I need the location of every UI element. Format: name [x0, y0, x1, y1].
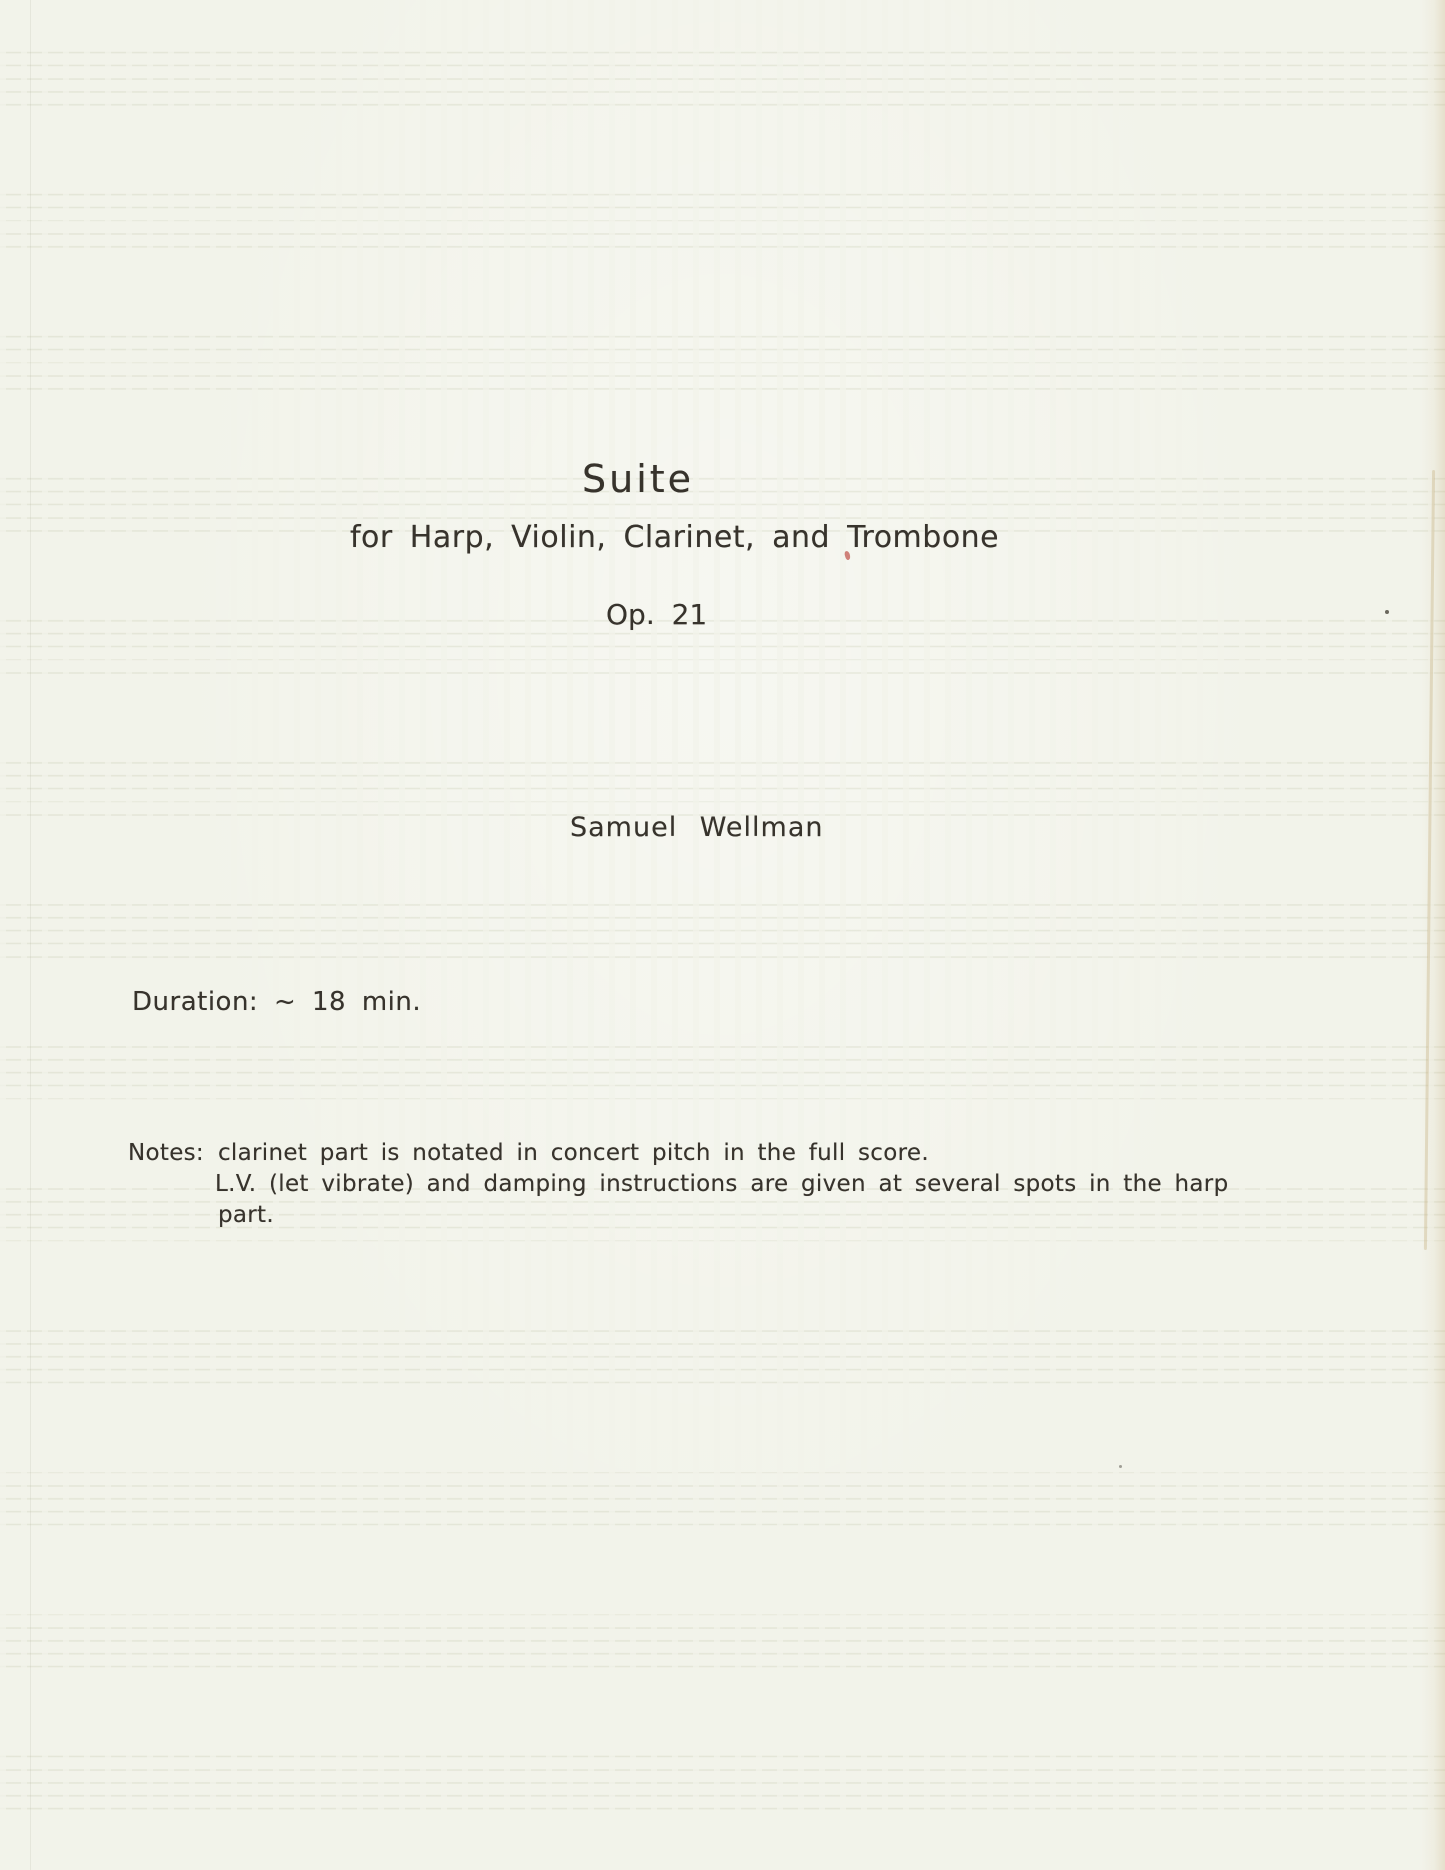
- piece-title: Suite: [582, 458, 694, 502]
- notes-text-1: clarinet part is notated in concert pitc…: [218, 1140, 929, 1166]
- paper-speck: [1119, 1465, 1122, 1468]
- composer-name: Samuel Wellman: [570, 812, 823, 843]
- notes-label: Notes:: [128, 1140, 204, 1166]
- ghost-staff-lines: [0, 0, 1445, 1870]
- paper-speck: [1385, 610, 1389, 614]
- piece-subtitle: for Harp, Violin, Clarinet, and Trombone: [350, 521, 999, 556]
- notes-line-3: part.: [218, 1202, 274, 1228]
- notes-line-2: L.V. (let vibrate) and damping instructi…: [215, 1171, 1228, 1197]
- opus-number: Op. 21: [606, 599, 707, 631]
- notes-line-1: Notes:clarinet part is notated in concer…: [128, 1140, 929, 1166]
- duration-line: Duration: ~ 18 min.: [132, 988, 421, 1018]
- page-edge-shadow: [1421, 0, 1445, 1870]
- scanned-score-title-page: Suite for Harp, Violin, Clarinet, and Tr…: [0, 0, 1445, 1870]
- left-fold-line: [30, 0, 31, 1870]
